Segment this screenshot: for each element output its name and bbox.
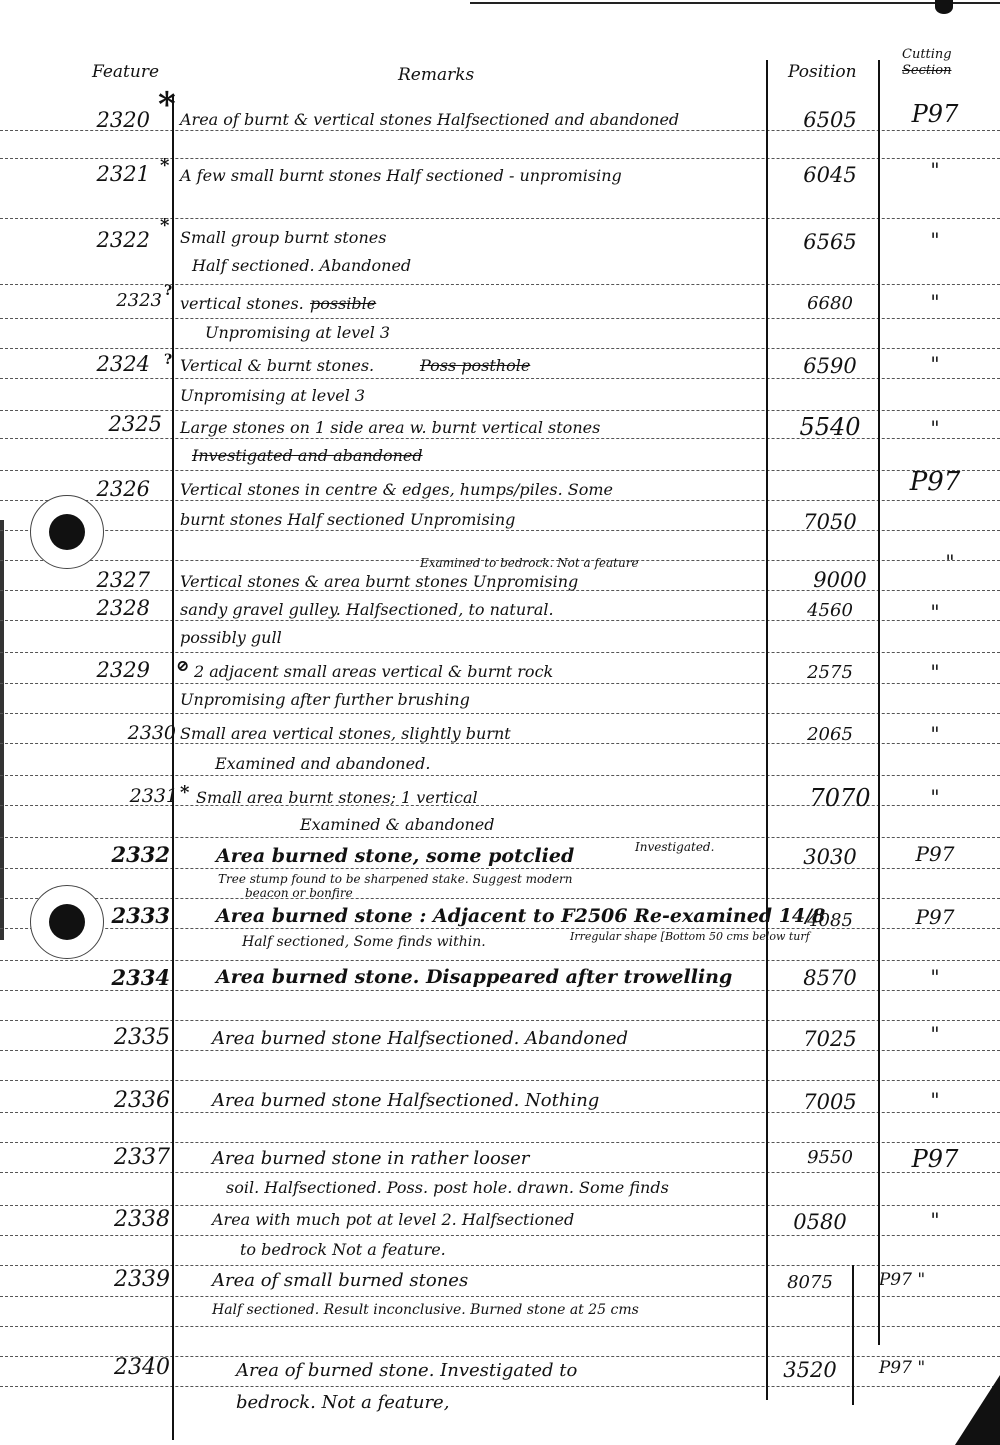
feature-number: 2321 — [60, 162, 150, 186]
ruled-line — [0, 683, 1000, 684]
position-value: 7025 — [780, 1027, 880, 1051]
position-value: 4085 — [780, 910, 880, 931]
feature-column-divider — [172, 95, 174, 1440]
query-mark: ? — [164, 283, 172, 299]
ruled-line — [0, 1265, 1000, 1266]
ruled-line — [0, 158, 1000, 159]
remarks-line: Area of burnt & vertical stones Halfsect… — [180, 110, 679, 129]
cutting-value: P97 — [885, 1145, 985, 1173]
remarks-line-struck: Investigated and abandoned — [192, 446, 423, 465]
remarks-line: Unpromising after further brushing — [180, 690, 470, 709]
ruled-line — [0, 1326, 1000, 1327]
register-page: Feature Remarks Position Cutting Section… — [0, 0, 1000, 1445]
ruled-line — [0, 1172, 1000, 1173]
ruled-line — [0, 960, 1000, 961]
page-corner-fold — [955, 1375, 1000, 1445]
feature-number: 2322 — [60, 228, 150, 252]
remarks-line: bedrock. Not a feature, — [236, 1392, 449, 1413]
ditto-mark: " — [900, 550, 1000, 574]
remarks-line: Vertical stones in centre & edges, humps… — [180, 480, 613, 499]
ruled-line — [0, 713, 1000, 714]
remarks-line: Area burned stone. Disappeared after tro… — [216, 966, 732, 988]
cutting-value: P97 — [885, 467, 985, 497]
feature-number: 2328 — [60, 596, 150, 620]
header-remarks: Remarks — [398, 65, 474, 85]
position-value: 4560 — [780, 600, 880, 621]
ruled-line — [0, 837, 1000, 838]
feature-number: 2330 — [86, 722, 176, 744]
remarks-line: sandy gravel gulley. Halfsectioned, to n… — [180, 600, 554, 619]
remarks-line: A few small burnt stones Half sectioned … — [180, 166, 622, 185]
position-value: 9000 — [790, 568, 890, 592]
ruled-line — [0, 218, 1000, 219]
remarks-line: Small area burnt stones; 1 vertical — [196, 788, 478, 807]
ditto-mark: " — [885, 1022, 985, 1046]
position-value: 6590 — [780, 354, 880, 378]
remarks-annotation: Examined to bedrock. Not a feature — [420, 556, 639, 570]
feature-number: 2326 — [60, 477, 150, 501]
query-mark: ? — [164, 352, 172, 368]
remarks-line: Vertical & burnt stones. — [180, 356, 374, 375]
remarks-line: Vertical stones & area burnt stones Unpr… — [180, 572, 578, 591]
remarks-line: Area of small burned stones — [212, 1270, 468, 1291]
punch-hole — [30, 495, 104, 569]
remarks-line: Examined and abandoned. — [215, 754, 430, 773]
remarks-line: burnt stones Half sectioned Unpromising — [180, 510, 515, 529]
remarks-line: Small area vertical stones, slightly bur… — [180, 724, 511, 743]
feature-number: 2333 — [80, 903, 170, 928]
ditto-mark: " — [885, 965, 985, 989]
remarks-line: to bedrock Not a feature. — [240, 1240, 446, 1259]
remarks-line: Half sectioned. Abandoned — [192, 256, 411, 275]
ruled-line — [0, 318, 1000, 319]
asterisk-mark: * — [158, 85, 176, 125]
remarks-line: Area with much pot at level 2. Halfsecti… — [212, 1210, 574, 1229]
ruled-line — [0, 652, 1000, 653]
feature-number: 2339 — [80, 1267, 170, 1292]
remarks-line: Area burned stone Halfsectioned. Abandon… — [212, 1028, 628, 1049]
asterisk-mark: * — [160, 215, 169, 236]
feature-number: 2323 — [72, 290, 162, 311]
cutting-value: P97 — [885, 905, 985, 929]
ditto-mark: " — [885, 1208, 985, 1232]
feature-number: 2325 — [72, 412, 162, 436]
ditto-mark: " — [885, 416, 985, 440]
ruled-line — [0, 1235, 1000, 1236]
feature-number: 2335 — [80, 1025, 170, 1050]
remarks-line: soil. Halfsectioned. Poss. post hole. dr… — [226, 1178, 669, 1197]
remarks-line: Unpromising at level 3 — [180, 386, 365, 405]
header-feature: Feature — [92, 62, 159, 82]
remarks-annotation: Irregular shape [Bottom 50 cms below tur… — [570, 930, 810, 943]
remarks-line: Small group burnt stones — [180, 228, 386, 247]
top-edge-rule — [470, 2, 1000, 4]
position-value: 3030 — [780, 845, 880, 869]
feature-number: 2332 — [80, 842, 170, 867]
remarks-line: Area of burned stone. Investigated to — [236, 1360, 577, 1381]
remarks-line: 2 adjacent small areas vertical & burnt … — [194, 662, 553, 681]
remarks-line: Area burned stone : Adjacent to F2506 Re… — [216, 905, 825, 927]
ruled-line — [0, 1142, 1000, 1143]
ruled-line — [0, 378, 1000, 379]
remarks-line: Area burned stone, some potclied — [216, 845, 574, 867]
header-position: Position — [788, 62, 857, 82]
ruled-line — [0, 410, 1000, 411]
feature-number: 2320 — [60, 108, 150, 132]
top-edge-mark — [935, 0, 953, 14]
remarks-struck: Poss posthole — [420, 356, 530, 375]
remarks-line: beacon or bonfire — [245, 886, 353, 900]
feature-number: 2336 — [80, 1088, 170, 1113]
circled-mark: ⊘ — [176, 656, 189, 675]
ditto-mark: " — [885, 352, 985, 376]
position-value: 6505 — [780, 108, 880, 132]
position-value: 2065 — [780, 724, 880, 745]
ditto-mark: " — [885, 722, 985, 746]
remarks-line: Half sectioned. Result inconclusive. Bur… — [212, 1302, 639, 1318]
remarks-struck: possible — [310, 294, 376, 313]
ruled-line — [0, 1080, 1000, 1081]
remarks-line: Half sectioned, Some finds within. — [242, 934, 486, 950]
ruled-line — [0, 284, 1000, 285]
ditto-mark: " — [885, 290, 985, 314]
remarks-line: Area burned stone in rather looser — [212, 1148, 529, 1169]
remarks-line: Tree stump found to be sharpened stake. … — [218, 872, 573, 886]
position-value: 9550 — [780, 1147, 880, 1168]
feature-number: 2340 — [80, 1355, 170, 1380]
ruled-line — [0, 1205, 1000, 1206]
ditto-mark: " — [885, 158, 985, 182]
position-value: 0580 — [770, 1210, 870, 1234]
feature-number: 2329 — [60, 658, 150, 682]
ruled-line — [0, 990, 1000, 991]
ditto-mark: " — [885, 1088, 985, 1112]
remarks-line: Unpromising at level 3 — [205, 323, 390, 342]
position-value: 5540 — [780, 413, 880, 441]
feature-number: 2327 — [60, 568, 150, 592]
header-section-struck: Section — [902, 64, 951, 77]
asterisk-mark: * — [160, 155, 169, 176]
position-value: 6045 — [780, 163, 880, 187]
asterisk-mark: * — [180, 782, 189, 803]
remarks-line: Examined & abandoned — [300, 815, 494, 834]
feature-number: 2324 — [60, 352, 150, 376]
ruled-line — [0, 775, 1000, 776]
remarks-line: Area burned stone Halfsectioned. Nothing — [212, 1090, 599, 1111]
feature-number: 2337 — [80, 1145, 170, 1170]
cutting-value: P97 — [885, 842, 985, 866]
ditto-mark: " — [885, 785, 985, 809]
remarks-line: vertical stones. — [180, 294, 304, 313]
position-value: 8570 — [780, 966, 880, 990]
cutting-value: P97 " — [852, 1358, 952, 1378]
remarks-annotation: Investigated. — [635, 840, 714, 854]
position-value: 7070 — [790, 784, 890, 812]
ruled-line — [0, 500, 1000, 501]
position-value: 8075 — [760, 1272, 860, 1293]
ruled-line — [0, 898, 1000, 899]
ruled-line — [0, 348, 1000, 349]
left-page-edge — [0, 520, 4, 940]
position-value: 6565 — [780, 230, 880, 254]
ditto-mark: " — [885, 228, 985, 252]
ditto-mark: " — [885, 600, 985, 624]
ditto-mark: " — [885, 660, 985, 684]
cutting-value: P97 " — [852, 1270, 952, 1290]
header-cutting: Cutting — [902, 48, 952, 61]
ruled-line — [0, 1386, 1000, 1387]
position-value: 2575 — [780, 662, 880, 683]
position-column-divider — [766, 60, 768, 1400]
position-value: 7005 — [780, 1090, 880, 1114]
position-value: 7050 — [780, 510, 880, 534]
feature-number: 2331 — [88, 785, 178, 807]
ruled-line — [0, 1296, 1000, 1297]
feature-number: 2334 — [80, 965, 170, 990]
remarks-line: possibly gull — [180, 628, 282, 647]
ruled-line — [0, 470, 1000, 471]
position-value: 3520 — [760, 1358, 860, 1382]
position-value: 6680 — [780, 293, 880, 314]
feature-number: 2338 — [80, 1207, 170, 1232]
ruled-line — [0, 1020, 1000, 1021]
cutting-value: P97 — [885, 100, 985, 128]
remarks-line: Large stones on 1 side area w. burnt ver… — [180, 418, 600, 437]
